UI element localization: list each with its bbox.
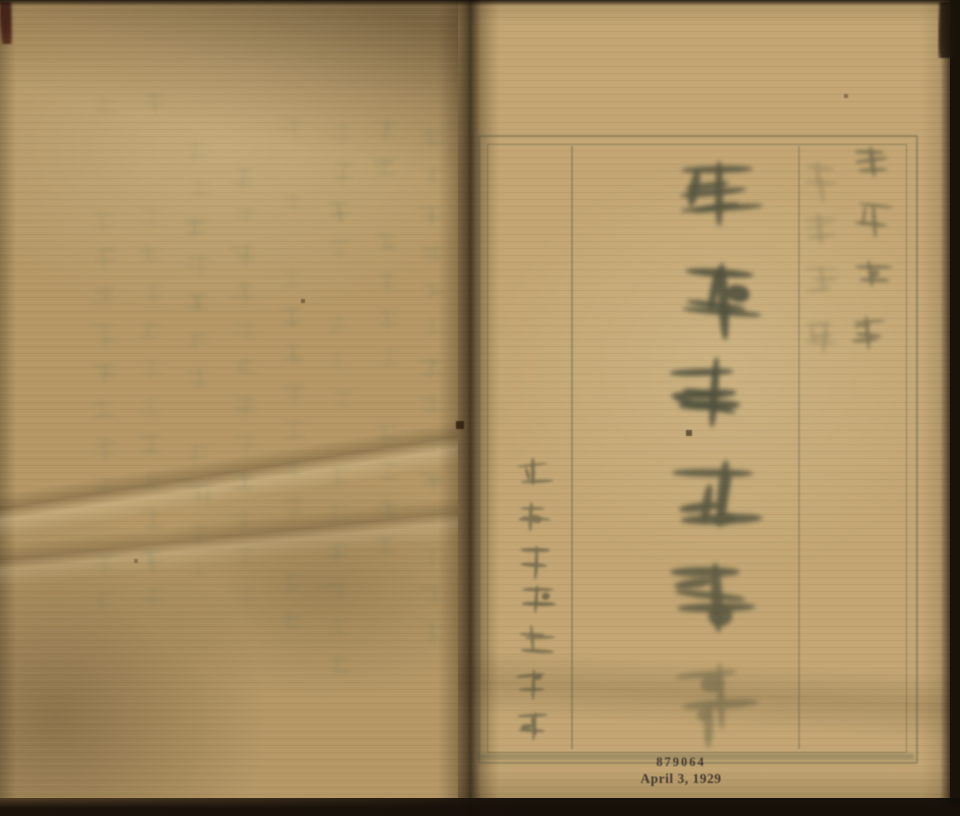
glyph-smudge bbox=[371, 154, 399, 182]
glyph-smudge bbox=[325, 462, 353, 490]
stroke bbox=[378, 133, 397, 136]
glyph-smudge bbox=[326, 119, 355, 148]
stroke bbox=[329, 619, 351, 623]
glyph-smudge bbox=[184, 289, 212, 317]
glyph-smudge bbox=[137, 430, 166, 459]
stroke bbox=[196, 559, 200, 578]
library-stamp: 879064 April 3, 1929 bbox=[596, 756, 766, 787]
stroke bbox=[186, 342, 210, 346]
glyph-smudge bbox=[184, 441, 212, 469]
glyph-smudge bbox=[324, 195, 353, 224]
glyph-smudge bbox=[279, 378, 308, 407]
glyph-smudge bbox=[138, 507, 167, 536]
stroke bbox=[870, 269, 881, 278]
glyph-smudge bbox=[279, 416, 308, 445]
glyph-smudge bbox=[374, 306, 402, 334]
right-page-edge bbox=[940, 0, 960, 816]
stroke bbox=[184, 535, 208, 537]
stroke bbox=[333, 593, 351, 596]
stroke bbox=[138, 434, 161, 438]
glyph-smudge bbox=[89, 395, 118, 424]
stroke bbox=[284, 421, 306, 424]
stroke bbox=[385, 499, 389, 521]
glyph-smudge bbox=[232, 582, 260, 610]
glyph-smudge bbox=[515, 581, 554, 620]
glyph-smudge bbox=[184, 251, 213, 280]
stroke bbox=[232, 487, 254, 490]
glyph-smudge bbox=[514, 665, 553, 704]
glyph-smudge bbox=[513, 497, 552, 536]
glyph-smudge bbox=[668, 250, 762, 344]
glyph-smudge bbox=[324, 347, 352, 375]
glyph-smudge bbox=[850, 141, 894, 185]
stroke bbox=[872, 204, 878, 239]
annotator-column-primary bbox=[848, 142, 894, 366]
glyph-smudge bbox=[91, 205, 120, 234]
glyph-smudge bbox=[278, 569, 306, 597]
stroke bbox=[330, 328, 337, 333]
stroke bbox=[391, 510, 395, 521]
stroke bbox=[704, 700, 714, 747]
glyph-smudge bbox=[326, 385, 355, 414]
stroke bbox=[518, 729, 545, 734]
glyph-smudge bbox=[90, 281, 119, 310]
bleed-column bbox=[231, 126, 261, 620]
bottom-edge-shadow bbox=[0, 798, 960, 816]
glyph-smudge bbox=[373, 344, 401, 372]
glyph-smudge bbox=[278, 340, 307, 369]
stroke bbox=[525, 636, 555, 640]
stroke bbox=[139, 598, 163, 601]
glyph-smudge bbox=[324, 499, 353, 528]
stroke bbox=[278, 117, 302, 120]
stroke bbox=[812, 277, 838, 282]
column-divider-left bbox=[571, 146, 573, 749]
stroke bbox=[239, 444, 258, 447]
glyph-smudge bbox=[93, 92, 121, 120]
glyph-smudge bbox=[137, 392, 166, 421]
glyph-smudge bbox=[139, 89, 168, 118]
glyph-smudge bbox=[666, 449, 761, 544]
stamp-date: April 3, 1929 bbox=[596, 772, 766, 787]
bleed-column bbox=[372, 116, 402, 572]
glyph-smudge bbox=[232, 353, 261, 382]
glyph-smudge bbox=[513, 454, 553, 494]
bleed-column bbox=[137, 89, 167, 621]
stroke bbox=[541, 592, 550, 600]
stroke bbox=[330, 403, 351, 407]
glyph-smudge bbox=[327, 157, 356, 186]
stroke bbox=[282, 385, 306, 388]
stroke bbox=[199, 295, 202, 311]
stroke bbox=[332, 669, 352, 673]
stroke bbox=[673, 469, 754, 478]
stroke bbox=[804, 340, 837, 345]
glyph-smudge bbox=[802, 315, 840, 353]
stroke bbox=[283, 575, 303, 578]
glyph-smudge bbox=[136, 316, 165, 345]
stroke bbox=[97, 554, 117, 557]
stroke bbox=[186, 231, 208, 235]
glyph-smudge bbox=[373, 419, 402, 448]
glyph-smudge bbox=[373, 268, 401, 296]
stroke bbox=[285, 198, 303, 201]
glyph-smudge bbox=[184, 555, 213, 584]
stroke bbox=[232, 398, 254, 401]
glyph-smudge bbox=[231, 277, 260, 306]
glyph-smudge bbox=[511, 706, 550, 745]
stroke bbox=[522, 602, 556, 606]
stroke bbox=[191, 193, 211, 197]
stroke bbox=[192, 497, 212, 500]
glyph-smudge bbox=[91, 357, 120, 386]
glyph-smudge bbox=[279, 455, 307, 483]
glyph-smudge bbox=[278, 303, 306, 331]
glyph-smudge bbox=[91, 319, 120, 348]
stroke bbox=[380, 476, 398, 479]
stroke bbox=[193, 217, 196, 240]
stroke bbox=[148, 470, 150, 490]
stroke bbox=[679, 500, 720, 513]
stroke bbox=[327, 505, 349, 510]
publisher-column bbox=[496, 455, 570, 749]
stroke bbox=[818, 176, 825, 202]
stroke bbox=[708, 605, 733, 627]
glyph-smudge bbox=[139, 582, 168, 611]
stroke bbox=[237, 410, 258, 412]
stroke bbox=[97, 372, 116, 377]
stroke bbox=[337, 314, 341, 332]
stroke bbox=[93, 224, 116, 227]
stroke bbox=[142, 258, 162, 261]
stroke bbox=[430, 549, 436, 555]
stroke bbox=[379, 321, 400, 325]
stroke bbox=[240, 177, 253, 179]
glyph-smudge bbox=[138, 469, 166, 497]
glyph-smudge bbox=[372, 533, 401, 562]
stroke bbox=[860, 277, 890, 281]
glyph-smudge bbox=[279, 189, 307, 217]
stroke bbox=[534, 556, 539, 580]
stroke bbox=[375, 426, 400, 429]
stroke bbox=[193, 331, 197, 350]
stroke bbox=[335, 655, 339, 673]
stroke bbox=[329, 136, 351, 138]
stroke bbox=[520, 648, 553, 654]
glyph-smudge bbox=[516, 623, 554, 661]
stroke bbox=[245, 318, 249, 341]
bleed-column bbox=[325, 120, 355, 690]
stroke bbox=[336, 542, 339, 561]
glyph-smudge bbox=[850, 197, 893, 240]
glyph-smudge bbox=[230, 467, 259, 496]
stroke bbox=[151, 557, 154, 574]
stroke bbox=[331, 480, 351, 484]
stroke bbox=[197, 484, 200, 504]
stroke bbox=[532, 669, 536, 700]
stroke bbox=[382, 156, 385, 177]
glyph-smudge bbox=[373, 115, 402, 144]
glyph-smudge bbox=[185, 175, 214, 204]
glyph-smudge bbox=[852, 253, 896, 297]
glyph-smudge bbox=[183, 213, 211, 241]
stroke bbox=[95, 259, 115, 261]
stroke bbox=[103, 437, 106, 461]
stroke bbox=[91, 402, 114, 405]
stroke bbox=[332, 633, 351, 635]
glyph-smudge bbox=[231, 239, 260, 268]
stroke bbox=[327, 658, 349, 660]
left-page-verso bbox=[0, 0, 463, 816]
glyph-smudge bbox=[91, 243, 119, 271]
stroke bbox=[90, 299, 114, 302]
stroke bbox=[429, 127, 434, 148]
stroke bbox=[338, 238, 340, 261]
stroke bbox=[245, 584, 248, 608]
stroke bbox=[230, 295, 255, 298]
glyph-smudge bbox=[515, 538, 555, 578]
glyph-smudge bbox=[325, 613, 354, 642]
glyph-smudge bbox=[231, 391, 260, 420]
stroke bbox=[434, 240, 437, 263]
glyph-smudge bbox=[184, 137, 213, 166]
glyph-smudge bbox=[136, 241, 164, 269]
stroke bbox=[430, 361, 438, 365]
stroke bbox=[190, 182, 211, 186]
glyph-smudge bbox=[671, 149, 767, 245]
corner-mark-top-left bbox=[0, 2, 13, 44]
stroke bbox=[670, 368, 733, 377]
glyph-smudge bbox=[136, 545, 165, 574]
glyph-smudge bbox=[139, 355, 167, 383]
glyph-smudge bbox=[798, 155, 837, 194]
stroke bbox=[238, 588, 257, 592]
stroke bbox=[432, 165, 435, 185]
glyph-smudge bbox=[372, 230, 400, 258]
glyph-smudge bbox=[184, 365, 213, 394]
glyph-smudge bbox=[324, 575, 353, 604]
stroke bbox=[330, 352, 350, 354]
glyph-smudge bbox=[801, 261, 840, 300]
stroke bbox=[142, 486, 162, 490]
stroke bbox=[234, 434, 256, 438]
glyph-smudge bbox=[325, 233, 353, 261]
glyph-smudge bbox=[91, 472, 119, 500]
glyph-smudge bbox=[91, 547, 120, 576]
stroke bbox=[94, 444, 114, 448]
glyph-smudge bbox=[231, 315, 260, 344]
stroke bbox=[103, 324, 107, 349]
stroke bbox=[295, 495, 297, 516]
glyph-smudge bbox=[278, 265, 307, 294]
stroke bbox=[145, 481, 159, 485]
glyph-smudge bbox=[324, 537, 353, 566]
stroke bbox=[725, 283, 751, 305]
stroke bbox=[242, 470, 246, 488]
stroke bbox=[244, 357, 247, 376]
stroke bbox=[237, 521, 255, 524]
glyph-smudge bbox=[373, 495, 402, 524]
bleedthrough-text bbox=[74, 78, 454, 768]
glyph-smudge bbox=[231, 505, 260, 534]
stroke bbox=[281, 497, 304, 503]
glyph-smudge bbox=[184, 327, 213, 356]
stroke bbox=[287, 389, 302, 392]
book-title-column bbox=[650, 150, 778, 750]
bleed-column bbox=[278, 113, 308, 645]
stroke bbox=[806, 286, 831, 292]
glyph-smudge bbox=[90, 585, 119, 614]
book-scan: 879064 April 3, 1929 bbox=[0, 0, 960, 816]
stroke bbox=[670, 567, 739, 577]
stroke bbox=[374, 172, 398, 175]
stroke bbox=[329, 467, 351, 469]
stroke bbox=[152, 509, 155, 530]
stroke bbox=[277, 127, 301, 131]
glyph-smudge bbox=[186, 479, 215, 508]
glyph-smudge bbox=[232, 202, 261, 231]
stroke bbox=[244, 205, 247, 224]
bleed-column bbox=[184, 99, 214, 593]
bleed-column bbox=[90, 92, 120, 624]
glyph-smudge bbox=[277, 112, 306, 141]
stroke bbox=[431, 622, 434, 644]
glyph-smudge bbox=[848, 309, 891, 352]
stroke bbox=[855, 220, 888, 228]
glyph-smudge bbox=[231, 543, 260, 572]
stroke bbox=[430, 281, 432, 299]
stroke bbox=[287, 611, 290, 631]
stroke bbox=[384, 123, 391, 129]
glyph-smudge bbox=[92, 433, 121, 462]
glyph-smudge bbox=[325, 309, 354, 338]
glyph-smudge bbox=[230, 164, 259, 193]
stroke bbox=[238, 597, 258, 601]
stroke bbox=[232, 321, 255, 326]
stroke bbox=[98, 339, 116, 342]
stroke bbox=[533, 674, 542, 680]
stroke bbox=[674, 576, 714, 590]
glyph-smudge bbox=[374, 458, 403, 487]
stroke bbox=[93, 99, 116, 101]
glyph-smudge bbox=[668, 648, 765, 745]
stroke bbox=[521, 479, 553, 484]
stroke bbox=[186, 266, 210, 269]
stroke bbox=[139, 511, 161, 514]
glyph-smudge bbox=[801, 209, 840, 248]
stroke bbox=[185, 219, 209, 223]
annotator-column-secondary bbox=[799, 156, 841, 368]
glyph-smudge bbox=[184, 517, 213, 546]
glyph-smudge bbox=[661, 550, 755, 644]
stroke bbox=[142, 371, 163, 374]
top-edge-shadow bbox=[0, 0, 960, 6]
glyph-smudge bbox=[137, 202, 166, 231]
stroke bbox=[290, 320, 297, 327]
glyph-smudge bbox=[326, 652, 354, 680]
stroke bbox=[89, 324, 114, 326]
stroke bbox=[94, 413, 115, 418]
glyph-smudge bbox=[660, 348, 757, 445]
stroke bbox=[94, 212, 115, 216]
stroke bbox=[144, 475, 162, 478]
stroke bbox=[139, 336, 160, 339]
glyph-smudge bbox=[232, 429, 261, 458]
stroke bbox=[140, 208, 161, 213]
stroke bbox=[193, 445, 196, 463]
glyph-smudge bbox=[138, 279, 167, 308]
stroke bbox=[141, 323, 162, 327]
stamp-accession-number: 879064 bbox=[596, 756, 766, 770]
stroke bbox=[231, 247, 255, 250]
stroke bbox=[136, 221, 161, 226]
stroke bbox=[531, 458, 535, 485]
stroke bbox=[97, 249, 116, 252]
glyph-smudge bbox=[277, 606, 306, 635]
stroke bbox=[189, 445, 209, 449]
glyph-smudge bbox=[280, 492, 309, 521]
